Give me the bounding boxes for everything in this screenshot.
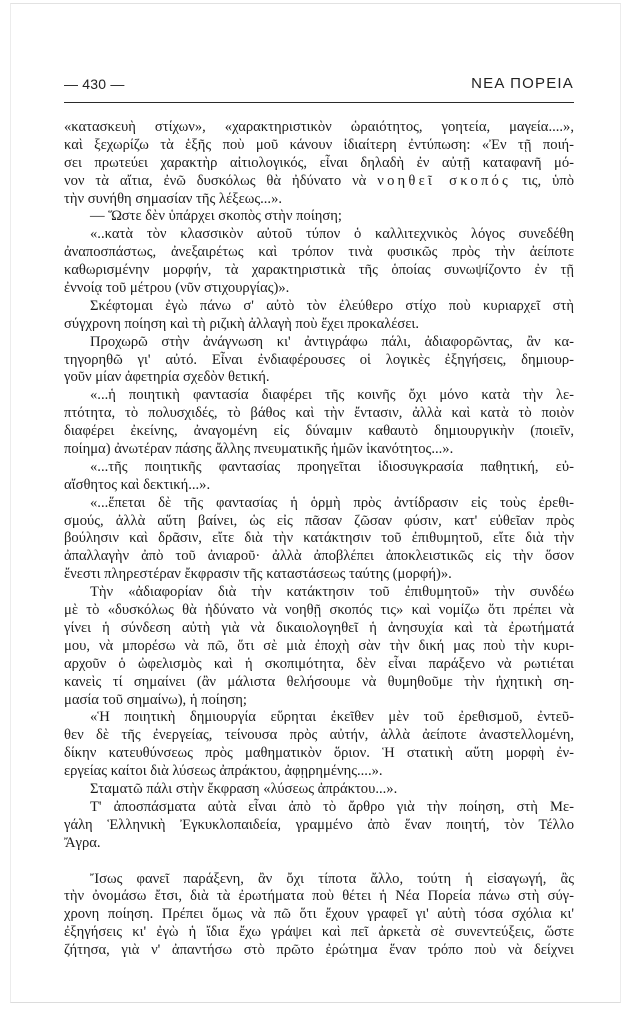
text-line: Σκέφτομαι ἐγὼ πάνω σ' αὐτὸ τὸν ἐλεύθερο … — [64, 298, 574, 316]
text-line: «κατασκευὴ στίχων», «χαρακτηριστικὸν ὡρα… — [64, 119, 574, 137]
page-number: — 430 — — [64, 76, 125, 92]
text-line: τηγορηθῶ γι' αὐτό. Εἶναι ἐνδιαφέρουσες ο… — [64, 352, 574, 370]
text-line: τὴν συνήθη σημασίαν τῆς λέξεως...». — [64, 191, 574, 209]
text-line: γοῦν μίαν ἀφετηρία σχεδὸν θετική. — [64, 369, 574, 387]
text-line: αρχοῦν ὁ ὠφελισμὸς καὶ ἡ σκοπιμότητα, δὲ… — [64, 656, 574, 674]
text-line: ἐννοίᾳ τοῦ μέτρου (νῦν στιχουργίας)». — [64, 280, 574, 298]
text-line: ἔνεστι πληρεστέραν ἔκφρασιν τῆς καταστάσ… — [64, 566, 574, 584]
text-line: ἐξηγήσεις κι' ἐγὼ ἡ ἴδια ἔχω γράψει καὶ … — [64, 924, 574, 942]
text-line: καθωρισμένην μορφήν, τὰ χαρακτηριστικὰ τ… — [64, 262, 574, 280]
text-line: δίκην κατευθύνσεως πρὸς μαθηματικὸν ὅριο… — [64, 745, 574, 763]
text-line: θεν δὲ τῆς ἐνεργείας, τείνουσα πρὸς αὐτή… — [64, 727, 574, 745]
text-line: «...τῆς ποιητικῆς φαντασίας προηγεῖται ἰ… — [64, 459, 574, 477]
text-line: σύγχρονη ποίηση καὶ τὴ ριζικὴ ἀλλαγὴ ποὺ… — [64, 316, 574, 334]
header-rule — [64, 102, 574, 103]
text-line: γίνει ἡ σύνδεση αὐτὴ γιὰ νὰ δικαιολογηθε… — [64, 620, 574, 638]
article-body: «κατασκευὴ στίχων», «χαρακτηριστικὸν ὡρα… — [64, 119, 574, 960]
text-line: «...ἕπεται δὲ τῆς φαντασίας ἡ ὁρμὴ πρὸς … — [64, 495, 574, 513]
text-line: χρονη ποίηση. Πρέπει ὅμως νὰ πῶ ὅτι ἔχου… — [64, 906, 574, 924]
text-line: μὲ τὸ «δυσκόλως θὰ ἠδύνατο νὰ νοηθῇ σκοπ… — [64, 602, 574, 620]
text-line: Τ' ἀποσπάσματα αὐτὰ εἶναι ἀπὸ τὸ ἄρθρο γ… — [64, 799, 574, 817]
text-line: «...ἡ ποιητικὴ φαντασία διαφέρει τῆς κοι… — [64, 387, 574, 405]
journal-title: ΝΕΑ ΠΟΡΕΙΑ — [471, 75, 574, 92]
text-line: ἀπαλλαγὴν ἀπὸ τοῦ ἀνιαροῦ· ἀλλὰ ἀποβλέπε… — [64, 548, 574, 566]
text-fragment: νον τὰ αἴτια, ἐνῶ δυσκόλως θὰ ἠδύνατο νὰ — [64, 173, 377, 189]
text-line: — Ὥστε δὲν ὑπάρχει σκοπὸς στὴν ποίηση; — [64, 208, 574, 226]
text-line: «Ἡ ποιητικὴ δημιουργία εὕρηται ἐκεῖθεν μ… — [64, 709, 574, 727]
text-line: γάλη Ἑλληνικὴ Ἐγκυκλοπαιδεία, γραμμένο ἀ… — [64, 817, 574, 835]
text-line: καὶ ξεχωρίζω τὰ ἑξῆς ποὺ μοῦ κάνουν ἰδια… — [64, 137, 574, 155]
text-line: νον τὰ αἴτια, ἐνῶ δυσκόλως θὰ ἠδύνατο νὰ… — [64, 173, 574, 191]
text-line: βούλησιν καὶ δρᾶσιν, εἴτε διὰ τὴν κατάκτ… — [64, 530, 574, 548]
text-line: Τὴν «ἀδιαφορίαν διὰ τὴν κατάκτησιν τοῦ ἐ… — [64, 584, 574, 602]
text-line: Σταματῶ πάλι στὴν ἔκφραση «λύσεως ἀπράκτ… — [64, 781, 574, 799]
emphasized-phrase: νοηθεῖ σκοπός — [377, 173, 511, 189]
text-line: ποίημα) ἀνωτέραν πάσης ἄλλης πνευματικῆς… — [64, 441, 574, 459]
text-line: σει πρωτεύει χαρακτὴρ αἰτιολογικός, εἶνα… — [64, 155, 574, 173]
text-line: αἴσθητος καὶ δεκτική...». — [64, 477, 574, 495]
text-line: Ἄγρα. — [64, 835, 574, 853]
closing-paragraph: Ἴσως φανεῖ παράξενη, ἂν ὄχι τίποτα ἄλλο,… — [64, 871, 574, 960]
text-line: «..κατὰ τὸν κλασσικὸν αὐτοῦ τύπον ὁ καλλ… — [64, 226, 574, 244]
text-line: εργείας καίτοι διὰ λύσεως ἀπράκτου, ἀφῃρ… — [64, 763, 574, 781]
text-line: διαφέρει ἐκείνης, ἀναγομένη εἰς δύναμιν … — [64, 423, 574, 441]
text-line: ἀναποσπάστως, ἀνεξαιρέτως καὶ τρόπον τιν… — [64, 244, 574, 262]
section-gap — [64, 853, 574, 871]
text-line: μου, νὰ μπορέσω νὰ πῶ, ὅτι σὲ μιὰ ἐποχὴ … — [64, 638, 574, 656]
running-head: — 430 — ΝΕΑ ΠΟΡΕΙΑ — [64, 76, 574, 98]
text-line: ζήτησα, γιὰ ν' ἀπαντήσω στὸ πρῶτο ἐρώτημ… — [64, 942, 574, 960]
text-line: σμούς, ἀλλὰ αὕτη βαίνει, ὡς εἰς πᾶσαν ζῶ… — [64, 513, 574, 531]
text-line: κανεὶς τί σημαίνει (ἂν μάλιστα θελήσουμε… — [64, 674, 574, 692]
body-lines: «κατασκευὴ στίχων», «χαρακτηριστικὸν ὡρα… — [64, 119, 574, 853]
text-fragment: τις, ὑπὸ — [511, 173, 574, 189]
text-line: πτότητα, τὸ πολυσχιδές, τὸ βάθος καὶ τὴν… — [64, 405, 574, 423]
text-line: Προχωρῶ στὴν ἀνάγνωση κι' ἀντιγράφω πάλι… — [64, 334, 574, 352]
text-line: Ἴσως φανεῖ παράξενη, ἂν ὄχι τίποτα ἄλλο,… — [64, 871, 574, 889]
text-line: τὴν ὀνομάσω ἔτσι, διὰ τὰ ἐρωτήματα ποὺ θ… — [64, 888, 574, 906]
text-line: μασία τοῦ σημαίνω), ἡ ποίηση; — [64, 692, 574, 710]
